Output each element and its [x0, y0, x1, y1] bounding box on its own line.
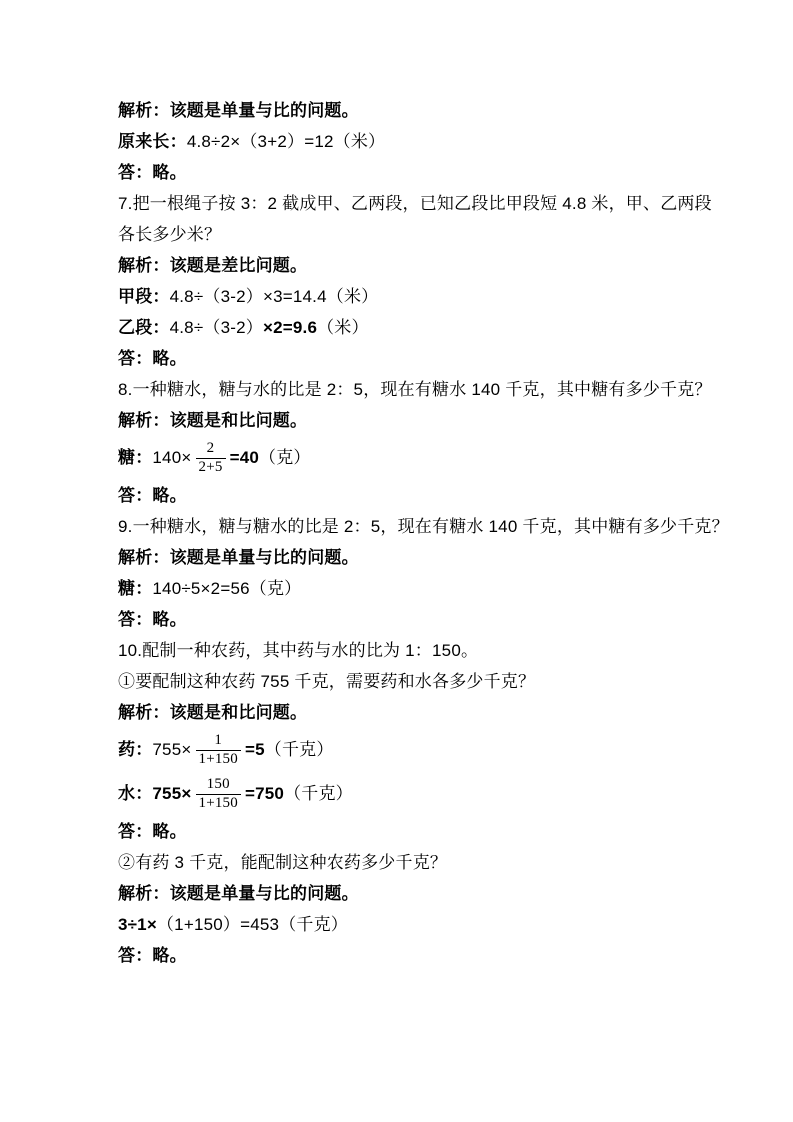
question-10: 10.配制一种农药，其中药与水的比为 1：150。	[118, 635, 718, 666]
text-segment: 解析：该题是和比问题。	[118, 703, 307, 722]
text-segment: 糖：	[118, 436, 152, 480]
answer-line-prev-question: 答：略。	[118, 157, 718, 188]
text-segment: 140÷5×2=56（克）	[152, 579, 301, 598]
text-segment: 解析：该题是单量与比的问题。	[118, 884, 359, 903]
solution-line-original-length: 原来长：4.8÷2×（3+2）=12（米）	[118, 126, 718, 157]
text-segment: 药：	[118, 728, 152, 772]
text-segment: 各长多少米？	[118, 225, 221, 244]
text-segment: ①要配制这种农药 755 千克，需要药和水各多少千克？	[118, 672, 535, 691]
fraction-numerator: 2	[207, 440, 215, 457]
solution-line-q10-medicine: 药：755×11+150=5（千克）	[118, 728, 718, 772]
answer-line-q10-2: 答：略。	[118, 940, 718, 971]
text-segment: 乙段：	[118, 318, 170, 337]
text-segment: 7.把一根绳子按 3：2 截成甲、乙两段，已知乙段比甲段短 4.8 米，甲、乙两…	[118, 194, 712, 213]
text-segment: =5	[245, 728, 265, 772]
fraction-numerator: 150	[207, 776, 230, 793]
answer-line-q9: 答：略。	[118, 604, 718, 635]
text-segment: 解析：该题是单量与比的问题。	[118, 101, 359, 120]
fraction-numerator: 1	[214, 732, 222, 749]
analysis-line-q8: 解析：该题是和比问题。	[118, 405, 718, 436]
question-10-sub2: ②有药 3 千克，能配制这种农药多少千克？	[118, 847, 718, 878]
text-segment: 糖：	[118, 579, 152, 598]
text-segment: 甲段：	[118, 287, 170, 306]
fraction: 1501+150	[196, 776, 241, 812]
question-9: 9.一种糖水，糖与糖水的比是 2：5，现在有糖水 140 千克，其中糖有多少千克…	[118, 511, 718, 542]
text-segment: 答：略。	[118, 822, 187, 841]
text-segment: （克）	[259, 436, 311, 480]
question-7-line-2: 各长多少米？	[118, 219, 718, 250]
text-segment: 答：略。	[118, 163, 187, 182]
text-segment: 8.一种糖水，糖与水的比是 2：5，现在有糖水 140 千克，其中糖有多少千克？	[118, 380, 712, 399]
analysis-line-prev-question: 解析：该题是单量与比的问题。	[118, 95, 718, 126]
answer-line-q7: 答：略。	[118, 343, 718, 374]
text-segment: （1+150）=453（千克）	[157, 915, 348, 934]
text-segment: ×2=9.6	[263, 318, 317, 337]
fraction: 22+5	[196, 440, 226, 476]
answer-line-q8: 答：略。	[118, 480, 718, 511]
text-segment: 3÷1×	[118, 915, 157, 934]
text-segment: 4.8÷（3-2）	[170, 318, 263, 337]
text-segment: 解析：该题是单量与比的问题。	[118, 548, 359, 567]
analysis-line-q10-2: 解析：该题是单量与比的问题。	[118, 878, 718, 909]
solution-line-q7-jia: 甲段：4.8÷（3-2）×3=14.4（米）	[118, 281, 718, 312]
fraction-denominator: 2+5	[196, 458, 226, 476]
fraction: 11+150	[196, 732, 241, 768]
text-segment: （米）	[317, 318, 369, 337]
text-segment: 10.配制一种农药，其中药与水的比为 1：150。	[118, 641, 478, 660]
worksheet-page: 解析：该题是单量与比的问题。原来长：4.8÷2×（3+2）=12（米）答：略。7…	[0, 0, 793, 1122]
text-segment: ②有药 3 千克，能配制这种农药多少千克？	[118, 853, 447, 872]
text-segment: 140×	[152, 436, 191, 480]
text-segment: 答：略。	[118, 486, 187, 505]
fraction-denominator: 1+150	[196, 794, 241, 812]
question-7-line-1: 7.把一根绳子按 3：2 截成甲、乙两段，已知乙段比甲段短 4.8 米，甲、乙两…	[118, 188, 718, 219]
solution-line-q10-2: 3÷1×（1+150）=453（千克）	[118, 909, 718, 940]
text-segment: 解析：该题是差比问题。	[118, 256, 307, 275]
text-segment: 水：	[118, 772, 152, 816]
text-segment: 答：略。	[118, 946, 187, 965]
document-content: 解析：该题是单量与比的问题。原来长：4.8÷2×（3+2）=12（米）答：略。7…	[118, 95, 718, 971]
question-10-sub1: ①要配制这种农药 755 千克，需要药和水各多少千克？	[118, 666, 718, 697]
text-segment: 4.8÷2×（3+2）=12（米）	[187, 132, 385, 151]
text-segment: 答：略。	[118, 349, 187, 368]
text-segment: （千克）	[265, 728, 334, 772]
text-segment: =750	[245, 772, 284, 816]
text-segment: 9.一种糖水，糖与糖水的比是 2：5，现在有糖水 140 千克，其中糖有多少千克…	[118, 517, 729, 536]
text-segment: 原来长：	[118, 132, 187, 151]
text-segment: 答：略。	[118, 610, 187, 629]
text-segment: 4.8÷（3-2）×3=14.4（米）	[170, 287, 379, 306]
text-segment: =40	[230, 436, 259, 480]
text-segment: （千克）	[284, 772, 353, 816]
solution-line-q7-yi: 乙段：4.8÷（3-2）×2=9.6（米）	[118, 312, 718, 343]
solution-line-q9-sugar: 糖：140÷5×2=56（克）	[118, 573, 718, 604]
fraction-denominator: 1+150	[196, 750, 241, 768]
solution-line-q10-water: 水：755×1501+150=750（千克）	[118, 772, 718, 816]
text-segment: 755×	[152, 728, 191, 772]
text-segment: 解析：该题是和比问题。	[118, 411, 307, 430]
question-8: 8.一种糖水，糖与水的比是 2：5，现在有糖水 140 千克，其中糖有多少千克？	[118, 374, 718, 405]
answer-line-q10-1: 答：略。	[118, 816, 718, 847]
text-segment: 755×	[152, 772, 191, 816]
solution-line-q8-sugar: 糖：140×22+5=40（克）	[118, 436, 718, 480]
analysis-line-q7: 解析：该题是差比问题。	[118, 250, 718, 281]
analysis-line-q10-1: 解析：该题是和比问题。	[118, 697, 718, 728]
analysis-line-q9: 解析：该题是单量与比的问题。	[118, 542, 718, 573]
